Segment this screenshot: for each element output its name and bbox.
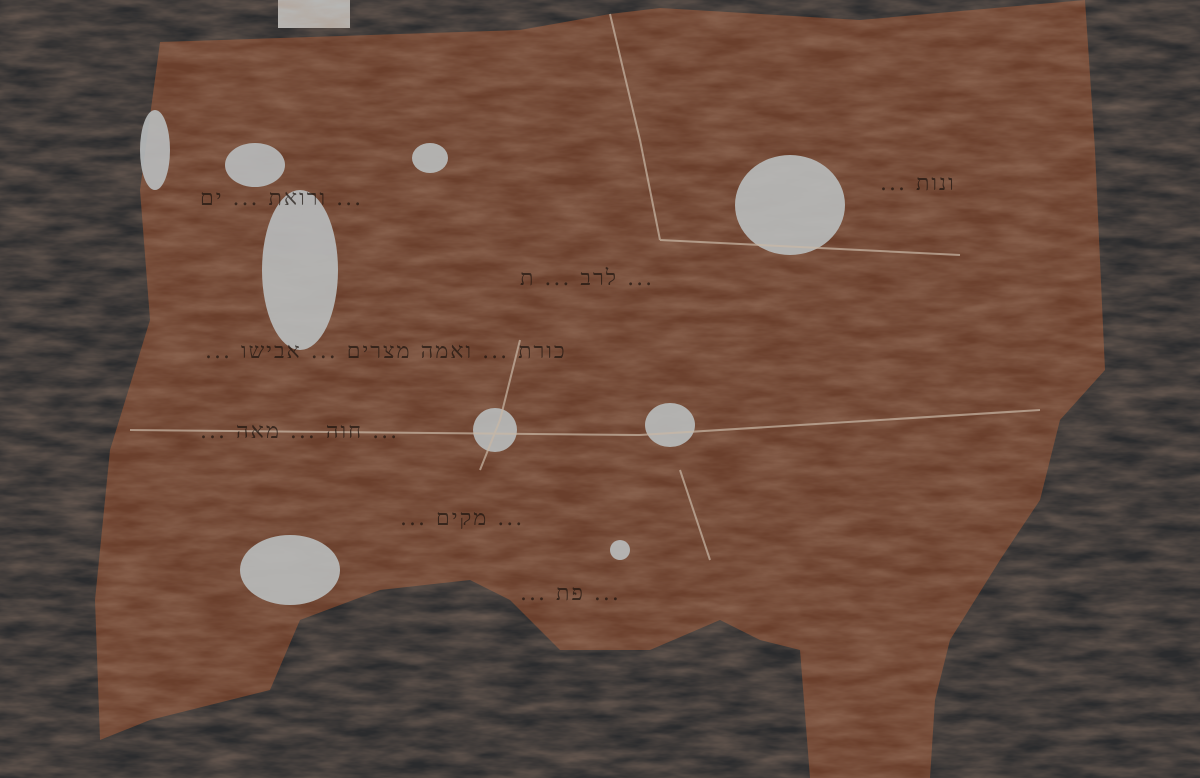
text-line-1: ונות ... xyxy=(880,170,956,196)
text-line-4: כורת ... ואמה מצרים ... אבישו ... xyxy=(205,338,567,364)
parchment-photo: ונות ... ... ורואת ... ים ... לרב ... ת … xyxy=(0,0,1200,778)
text-line-5: ... חוה ... מאה ... xyxy=(200,418,399,444)
text-line-7: ... פת ... xyxy=(520,580,621,606)
text-line-6: ... מקים ... xyxy=(400,505,524,531)
text-line-2: ... ורואת ... ים xyxy=(200,185,363,211)
text-line-3: ... לרב ... ת xyxy=(520,265,654,291)
parchment-fragment xyxy=(0,0,1200,778)
